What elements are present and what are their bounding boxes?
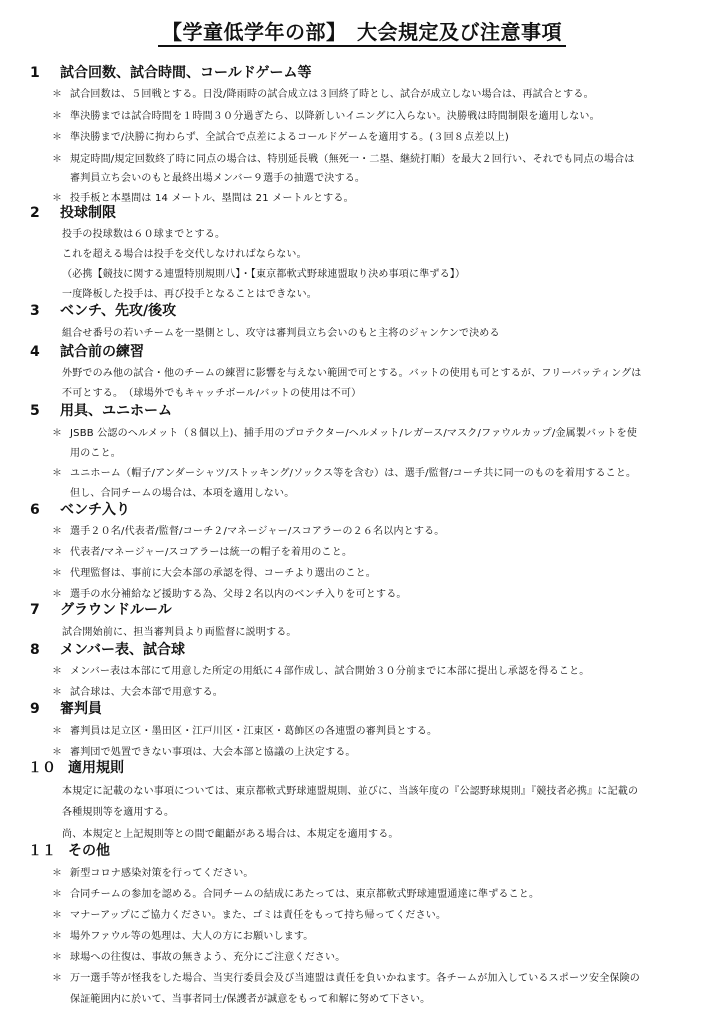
list-item: ＊場外ファウル等の処理は、大人の方にお願いします。 [52, 927, 314, 942]
bullet-icon: ＊ [52, 564, 70, 579]
paragraph: 本規定に記載のない事項については、東京都軟式野球連盟規則、並びに、当該年度の『公… [62, 782, 638, 797]
list-item: ＊規定時間/規定回数終了時に同点の場合は、特別延長戦（無死一・二塁、継続打順）を… [52, 150, 635, 165]
list-item: ＊代表者/マネージャー/スコアラーは統一の帽子を着用のこと。 [52, 543, 352, 558]
list-item: ＊準決勝までは試合時間を１時間３０分過ぎたら、以降新しいイニングに入らない。決勝… [52, 107, 600, 122]
bullet-icon: ＊ [52, 948, 70, 963]
bullet-icon: ＊ [52, 662, 70, 677]
section-5-heading: 5用具、ユニホーム [30, 400, 172, 420]
bullet-icon: ＊ [52, 107, 70, 122]
section-11-heading: １１その他 [28, 840, 110, 860]
section-9-heading: 9審判員 [30, 698, 102, 718]
paragraph: 外野でのみ他の試合・他のチームの練習に影響を与えない範囲で可とする。バットの使用… [62, 364, 642, 379]
list-item: ＊メンバー表は本部にて用意した所定の用紙に４部作成し、試合開始３０分前までに本部… [52, 662, 590, 677]
bullet-icon: ＊ [52, 722, 70, 737]
paragraph: これを超える場合は投手を交代しなければならない。 [62, 245, 307, 260]
list-item: ＊試合球は、大会本部で用意する。 [52, 683, 223, 698]
section-2-heading: 2投球制限 [30, 202, 116, 222]
bullet-icon: ＊ [52, 906, 70, 921]
list-item: ＊万一選手等が怪我をした場合、当実行委員会及び当連盟は責任を負いかねます。各チー… [52, 969, 640, 984]
bullet-icon: ＊ [52, 424, 70, 439]
bullet-icon: ＊ [52, 683, 70, 698]
section-1-heading: 1試合回数、試合時間、コールドゲーム等 [30, 62, 311, 82]
bullet-icon: ＊ [52, 128, 70, 143]
document-title: 【学童低学年の部】 大会規定及び注意事項 [0, 16, 724, 45]
paragraph: 尚、本規定と上記規則等との間で齟齬がある場合は、本規定を適用する。 [62, 825, 399, 840]
bullet-icon: ＊ [52, 464, 70, 479]
list-item-continuation: 但し、合同チームの場合は、本項を適用しない。 [70, 484, 294, 499]
list-item: ＊選手の水分補給など援助する為、父母２名以内のベンチ入りを可とする。 [52, 585, 407, 600]
bullet-icon: ＊ [52, 85, 70, 100]
list-item: ＊合同チームの参加を認める。合同チームの結成にあたっては、東京都軟式野球連盟通達… [52, 885, 539, 900]
list-item: ＊準決勝まで/決勝に拘わらず、全試合で点差によるコールドゲームを適用する。(３回… [52, 128, 509, 143]
list-item-continuation: 用のこと。 [70, 444, 121, 459]
bullet-icon: ＊ [52, 150, 70, 165]
section-7-heading: 7グラウンドルール [30, 599, 172, 619]
list-item: ＊JSBB 公認のヘルメット（８個以上)、捕手用のプロテクター/ヘルメット/レガ… [52, 424, 637, 439]
bullet-icon: ＊ [52, 522, 70, 537]
bullet-icon: ＊ [52, 543, 70, 558]
list-item-continuation: 審判員立ち会いのもと最終出場メンバー９選手の抽選で決する。 [70, 169, 365, 184]
section-3-heading: 3ベンチ、先攻/後攻 [30, 300, 176, 320]
section-4-heading: 4試合前の練習 [30, 341, 144, 361]
bullet-icon: ＊ [52, 969, 70, 984]
paragraph: 不可とする。 （球場外でもキャッチボール/バットの使用は不可） [62, 384, 361, 399]
list-item: ＊代理監督は、事前に大会本部の承認を得、コーチより選出のこと。 [52, 564, 376, 579]
section-8-heading: 8メンバー表、試合球 [30, 639, 185, 659]
bullet-icon: ＊ [52, 885, 70, 900]
list-item: ＊ユニホーム（帽子/アンダーシャツ/ストッキング/ソックス等を含む）は、選手/監… [52, 464, 636, 479]
paragraph: 試合開始前に、担当審判員より両監督に説明する。 [62, 623, 297, 638]
list-item: ＊選手２０名/代表者/監督/コーチ２/マネージャー/スコアラーの２６名以内とする… [52, 522, 444, 537]
paragraph: 一度降板した投手は、再び投手となることはできない。 [62, 285, 317, 300]
list-item: ＊審判員は足立区・墨田区・江戸川区・江東区・葛飾区の各連盟の審判員とする。 [52, 722, 437, 737]
paragraph: 投手の投球数は６０球までとする。 [62, 225, 225, 240]
paragraph: 各種規則等を適用する。 [62, 803, 174, 818]
list-item-continuation: 保証範囲内に於いて、当事者同士/保護者が誠意をもって和解に努めて下さい。 [70, 990, 430, 1005]
list-item: ＊マナーアップにご協力ください。また、ゴミは責任をもって持ち帰ってください。 [52, 906, 446, 921]
list-item: ＊新型コロナ感染対策を行ってください。 [52, 864, 254, 879]
list-item: ＊審判団で処置できない事項は、大会本部と協議の上決定する。 [52, 743, 356, 758]
list-item: ＊球場への往復は、事故の無きよう、充分にご注意ください。 [52, 948, 345, 963]
bullet-icon: ＊ [52, 864, 70, 879]
section-10-heading: １０適用規則 [28, 757, 124, 777]
paragraph: （必携【競技に関する連盟特別規則八】・【東京都軟式野球連盟取り決め事項に準ずる】… [62, 265, 465, 280]
bullet-icon: ＊ [52, 927, 70, 942]
paragraph: 組合せ番号の若いチームを一塁側とし、攻守は審判員立ち会いのもと主将のジャンケンで… [62, 324, 500, 339]
bullet-icon: ＊ [52, 585, 70, 600]
bullet-icon: ＊ [52, 743, 70, 758]
section-6-heading: 6ベンチ入り [30, 499, 130, 519]
list-item: ＊試合回数は、５回戦とする。日没/降雨時の試合成立は３回終了時とし、試合が成立し… [52, 85, 594, 100]
